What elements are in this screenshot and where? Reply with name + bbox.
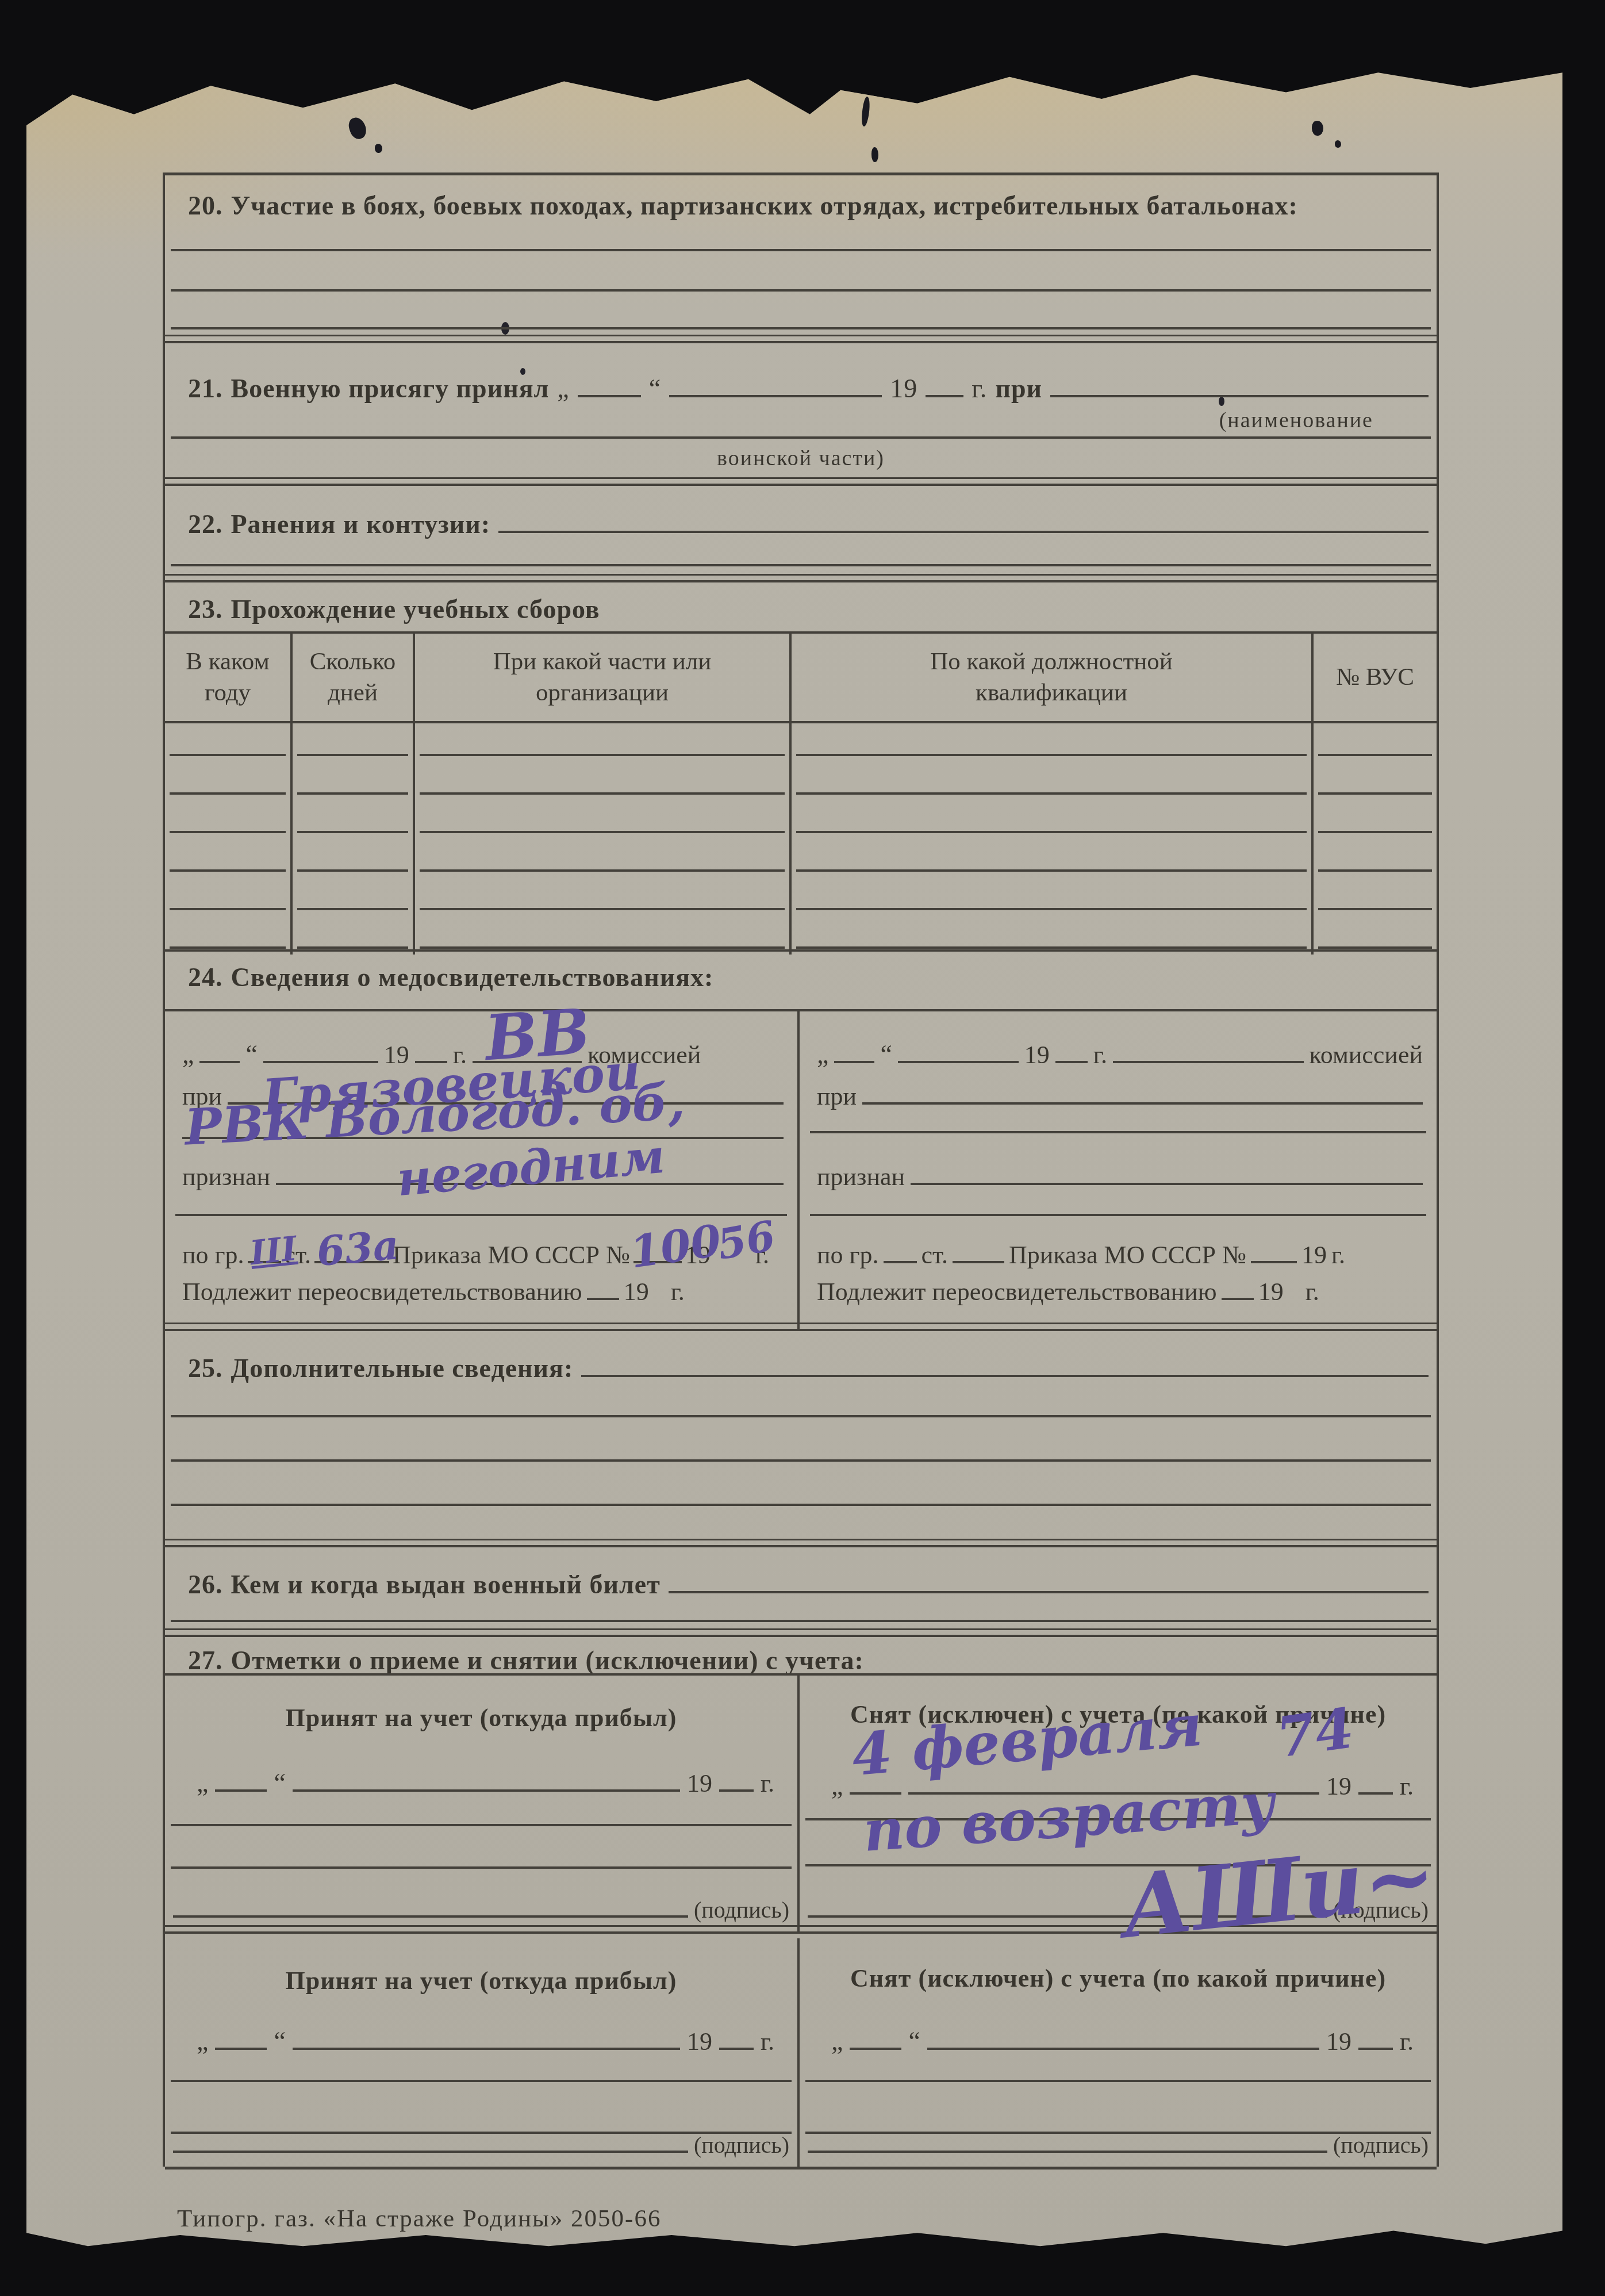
quote-mark: „ xyxy=(182,1039,194,1070)
fitness-field: негодним xyxy=(276,1162,784,1191)
column-header: Сколько дней xyxy=(293,634,415,721)
table-cell xyxy=(1314,762,1437,800)
ruled-line xyxy=(1318,946,1432,949)
section-title: Сведения о медосвидетельствованиях: xyxy=(231,962,714,992)
ruled-line xyxy=(796,831,1307,833)
blank-field xyxy=(215,1784,267,1792)
quote-mark: „ xyxy=(197,2026,208,2056)
year-suffix: г. xyxy=(761,2027,774,2056)
ruled-line xyxy=(796,946,1307,949)
table-row xyxy=(165,877,1437,916)
ruled-line xyxy=(171,2080,792,2082)
section-21: 21. Военную присягу принял „ “ 19 г. при… xyxy=(165,343,1437,486)
medical-table: „ “ 19 г. ВВ комиссией при xyxy=(165,1009,1437,1329)
year-suffix: г. xyxy=(972,373,987,404)
blank-field xyxy=(581,1369,1429,1377)
quote-mark: “ xyxy=(274,2026,285,2056)
blank-field xyxy=(1055,1055,1088,1063)
label-article: ст. xyxy=(921,1240,948,1270)
training-table-header: В каком году Сколько дней При какой част… xyxy=(165,634,1437,723)
blank-field xyxy=(669,1585,1429,1593)
ruled-line xyxy=(796,792,1307,795)
blank-field xyxy=(578,389,641,397)
quote-mark: “ xyxy=(274,1768,285,1798)
table-cell xyxy=(1314,800,1437,839)
blank-field xyxy=(1222,1292,1254,1300)
registration-table: Принят на учет (откуда прибыл) „ “ 19 г.… xyxy=(165,1673,1437,2167)
year-prefix: 19 xyxy=(624,1277,649,1306)
signature-label: (подпись) xyxy=(694,1896,789,1923)
handwritten-group: III xyxy=(248,1232,298,1270)
ruled-line xyxy=(297,869,408,872)
ruled-line xyxy=(796,908,1307,910)
ruled-line xyxy=(171,327,1431,329)
form-body: 20. Участие в боях, боевых походах, парт… xyxy=(163,173,1439,2167)
section-number: 23. xyxy=(188,594,223,624)
section-number: 24. xyxy=(188,962,223,992)
ruled-line xyxy=(171,436,1431,439)
ruled-line xyxy=(810,1214,1426,1216)
label-order: Приказа МО СССР № xyxy=(393,1240,630,1270)
commission-at-field-line2: РВК Вологод. об, xyxy=(182,1131,784,1142)
ruled-line xyxy=(171,1504,1431,1506)
year-prefix: 19 xyxy=(687,1769,712,1798)
year-prefix: 19 xyxy=(1326,2027,1351,2056)
quote-mark: „ xyxy=(817,1039,828,1070)
blank-field xyxy=(1050,389,1429,397)
table-row xyxy=(165,723,1437,762)
ruled-line xyxy=(420,792,785,795)
handwritten-removal-year: 74 xyxy=(1273,1700,1357,1766)
blank-field xyxy=(927,2042,1319,2050)
ruled-line xyxy=(796,754,1307,756)
medical-record-left: „ “ 19 г. ВВ комиссией при xyxy=(165,1011,797,1329)
table-cell xyxy=(293,800,415,839)
signature-line xyxy=(808,2145,1327,2153)
section-title: Прохождение учебных сборов xyxy=(231,594,600,624)
table-cell xyxy=(792,916,1314,955)
blank-field xyxy=(834,1055,874,1063)
table-cell xyxy=(415,877,792,916)
label-reexamination: Подлежит переосвидетельствованию xyxy=(817,1277,1217,1306)
ruled-line xyxy=(170,792,286,795)
table-cell xyxy=(415,916,792,955)
year-prefix: 19 xyxy=(687,2027,712,2056)
blank-field xyxy=(862,1097,1423,1105)
accepted-cell: Принят на учет (откуда прибыл) „ “ 19 г.… xyxy=(165,1938,797,2167)
column-header: № ВУС xyxy=(1314,634,1437,721)
table-cell xyxy=(415,800,792,839)
quote-mark: “ xyxy=(245,1039,257,1070)
removed-cell: Снят (исключен) с учета (по какой причин… xyxy=(797,1676,1437,1931)
ruled-line xyxy=(420,754,785,756)
label-group: по гр. xyxy=(182,1240,244,1270)
quote-mark: „ xyxy=(197,1768,208,1798)
year-suffix: г. xyxy=(1400,1772,1414,1801)
official-signature: АШи~ xyxy=(1118,1832,1440,1950)
blank-field xyxy=(719,2042,754,2050)
removed-cell: Снят (исключен) с учета (по какой причин… xyxy=(797,1938,1437,2167)
handwritten-article: 63а xyxy=(315,1225,400,1272)
section-22: 22. Ранения и контузии: xyxy=(165,486,1437,582)
scanned-military-document-page: 20. Участие в боях, боевых походах, парт… xyxy=(0,0,1605,2296)
ruled-line xyxy=(170,754,286,756)
blank-field xyxy=(1251,1255,1297,1263)
signature-row: (подпись) xyxy=(808,2132,1429,2159)
label-priznan: признан xyxy=(817,1162,905,1191)
section-number: 27. xyxy=(188,1645,223,1676)
ruled-line xyxy=(420,908,785,910)
signature-label: (подпись) xyxy=(1333,2132,1429,2159)
ruled-line xyxy=(170,869,286,872)
label-pri: при xyxy=(817,1082,857,1111)
table-cell xyxy=(165,916,293,955)
table-cell xyxy=(1314,877,1437,916)
group-field: III xyxy=(248,1240,281,1270)
section-title: Отметки о приеме и снятии (исключении) с… xyxy=(231,1645,864,1676)
table-cell xyxy=(1314,723,1437,762)
ruled-line xyxy=(171,1620,1431,1622)
ruled-line xyxy=(170,946,286,949)
ruled-line xyxy=(1318,754,1432,756)
table-cell xyxy=(293,877,415,916)
ruled-line xyxy=(171,249,1431,251)
label-pri: при xyxy=(995,373,1042,404)
accepted-cell: Принят на учет (откуда прибыл) „ “ 19 г.… xyxy=(165,1676,797,1931)
quote-mark: „ xyxy=(831,1770,843,1801)
ruled-line xyxy=(171,1415,1431,1417)
table-cell xyxy=(1314,839,1437,877)
table-cell xyxy=(792,800,1314,839)
signature-line xyxy=(173,2145,688,2153)
ruled-line xyxy=(1318,831,1432,833)
section-title: Военную присягу принял xyxy=(231,373,550,404)
section-number: 20. xyxy=(188,190,223,221)
quote-mark: “ xyxy=(908,2026,920,2056)
training-table: В каком году Сколько дней При какой част… xyxy=(165,631,1437,949)
section-title: Дополнительные сведения: xyxy=(231,1353,574,1383)
year-suffix: г. xyxy=(1305,1277,1319,1306)
table-cell xyxy=(792,762,1314,800)
section-number: 22. xyxy=(188,509,223,539)
label-reexamination: Подлежит переосвидетельствованию xyxy=(182,1277,582,1306)
year-prefix: 19 xyxy=(1326,1772,1351,1801)
year-suffix: г. xyxy=(761,1769,774,1798)
year-suffix: г. xyxy=(1400,2027,1414,2056)
ruled-line xyxy=(171,564,1431,566)
year-suffix: г. xyxy=(671,1277,685,1306)
signature-line xyxy=(173,1910,688,1918)
table-cell xyxy=(165,800,293,839)
table-row xyxy=(165,800,1437,839)
section-number: 26. xyxy=(188,1569,223,1600)
table-cell xyxy=(293,916,415,955)
ruled-line xyxy=(1318,908,1432,910)
table-cell xyxy=(415,723,792,762)
section-26: 26. Кем и когда выдан военный билет xyxy=(165,1547,1437,1637)
section-title: Участие в боях, боевых походах, партизан… xyxy=(231,190,1298,221)
ruled-line xyxy=(1318,792,1432,795)
signature-row: (подпись) xyxy=(173,1896,789,1923)
year-suffix: г. xyxy=(1331,1240,1345,1270)
table-cell xyxy=(792,839,1314,877)
registration-row-2: Принят на учет (откуда прибыл) „ “ 19 г.… xyxy=(165,1938,1437,2167)
table-cell xyxy=(415,839,792,877)
table-cell xyxy=(293,839,415,877)
ruled-line xyxy=(810,1131,1426,1133)
year-prefix: 19 xyxy=(1258,1277,1284,1306)
column-header: По какой должностной квалификации xyxy=(792,634,1314,721)
blank-field xyxy=(293,2042,680,2050)
table-cell xyxy=(165,723,293,762)
table-cell xyxy=(293,762,415,800)
blank-field xyxy=(215,2042,267,2050)
medical-record-right: „ “ 19 г. комиссией при признан xyxy=(797,1011,1437,1329)
ink-mark xyxy=(1312,121,1323,136)
label-group: по гр. xyxy=(817,1240,879,1270)
quote-mark: “ xyxy=(649,373,661,404)
blank-field xyxy=(293,1784,680,1792)
ruled-line xyxy=(175,1214,787,1216)
blank-field xyxy=(850,2042,901,2050)
blank-line-wrap: РВК Вологод. об, xyxy=(182,1131,784,1142)
table-cell xyxy=(165,762,293,800)
year-prefix: 19 xyxy=(1301,1240,1327,1270)
blank-field xyxy=(898,1055,1019,1063)
ruled-line xyxy=(297,908,408,910)
year-suffix: г. xyxy=(1093,1040,1107,1070)
table-cell xyxy=(293,723,415,762)
year-prefix: 19 xyxy=(890,373,917,404)
quote-mark: “ xyxy=(880,1039,892,1070)
table-cell xyxy=(165,877,293,916)
ruled-line xyxy=(796,869,1307,872)
signature-row: (подпись) xyxy=(173,2132,789,2159)
blank-field xyxy=(911,1177,1423,1185)
ruled-line xyxy=(420,946,785,949)
table-row xyxy=(165,762,1437,800)
blank-field xyxy=(1113,1055,1304,1063)
section-27: 27. Отметки о приеме и снятии (исключени… xyxy=(165,1637,1437,2169)
blank-field xyxy=(587,1292,619,1300)
ruled-line xyxy=(1318,869,1432,872)
section-23: 23. Прохождение учебных сборов В каком г… xyxy=(165,582,1437,952)
blank-field xyxy=(199,1055,240,1063)
section-24: 24. Сведения о медосвидетельствованиях: … xyxy=(165,952,1437,1331)
table-cell xyxy=(1314,916,1437,955)
year-prefix: 19 xyxy=(1024,1040,1050,1070)
print-shop-imprint: Типогр. газ. «На страже Родины» 2050-66 xyxy=(177,2205,661,2233)
blank-field xyxy=(953,1255,1004,1263)
section-title: Ранения и контузии: xyxy=(231,509,491,539)
blank-field xyxy=(1358,2042,1393,2050)
blank-field xyxy=(884,1255,917,1263)
ruled-line xyxy=(297,831,408,833)
ruled-line xyxy=(420,831,785,833)
article-field: 63а xyxy=(314,1240,389,1270)
table-cell xyxy=(792,723,1314,762)
table-row xyxy=(165,916,1437,955)
ink-mark xyxy=(871,147,878,162)
ruled-line xyxy=(170,908,286,910)
field-hint: (наименование xyxy=(1219,408,1373,433)
section-number: 25. xyxy=(188,1353,223,1383)
ruled-line xyxy=(297,946,408,949)
training-table-body xyxy=(165,723,1437,955)
blank-field xyxy=(719,1784,754,1792)
ruled-line xyxy=(297,754,408,756)
quote-mark: „ xyxy=(557,373,569,404)
ruled-line xyxy=(171,1459,1431,1462)
blank-field xyxy=(1358,1787,1393,1795)
label-priznan: признан xyxy=(182,1162,270,1191)
registration-row-1: Принят на учет (откуда прибыл) „ “ 19 г.… xyxy=(165,1676,1437,1934)
section-25: 25. Дополнительные сведения: xyxy=(165,1331,1437,1547)
blank-field xyxy=(669,389,882,397)
section-title: Кем и когда выдан военный билет xyxy=(231,1569,661,1600)
ruled-line xyxy=(805,2080,1431,2082)
label-commission: комиссией xyxy=(1310,1040,1423,1070)
table-cell xyxy=(415,762,792,800)
ruled-line xyxy=(171,289,1431,292)
handwritten-order-year: 56 xyxy=(714,1215,778,1266)
ink-mark xyxy=(375,144,382,153)
column-header: При какой части или организации xyxy=(415,634,792,721)
table-cell xyxy=(165,839,293,877)
quote-mark: „ xyxy=(831,2026,843,2056)
cell-header: Снят (исключен) с учета (по какой причин… xyxy=(800,1964,1437,1993)
ruled-line xyxy=(171,1824,792,1826)
ruled-line xyxy=(170,831,286,833)
order-number-field: 100 xyxy=(633,1240,682,1270)
column-header: В каком году xyxy=(165,634,293,721)
section-number: 21. xyxy=(188,373,223,404)
ruled-line xyxy=(171,1866,792,1869)
signature-label: (подпись) xyxy=(694,2132,789,2159)
section-20: 20. Участие в боях, боевых походах, парт… xyxy=(165,175,1437,343)
table-cell xyxy=(792,877,1314,916)
table-row xyxy=(165,839,1437,877)
blank-field xyxy=(498,525,1429,533)
handwritten-order-number: 100 xyxy=(627,1218,724,1274)
blank-field xyxy=(926,389,963,397)
field-hint: воинской части) xyxy=(165,446,1437,471)
ruled-line xyxy=(420,869,785,872)
ink-mark xyxy=(1335,140,1341,148)
cell-header: Принят на учет (откуда прибыл) xyxy=(165,1703,797,1732)
cell-header: Принят на учет (откуда прибыл) xyxy=(165,1966,797,1995)
ruled-line xyxy=(297,792,408,795)
label-order: Приказа МО СССР № xyxy=(1009,1240,1246,1270)
